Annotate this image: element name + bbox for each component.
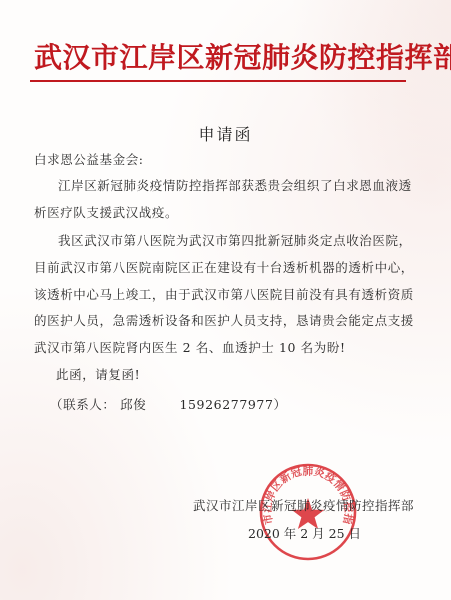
contact-name: 邱俊 <box>120 397 146 412</box>
paragraph-2-line-2: 目前武汉市第八医院南院区正在建设有十台透析机器的透析中心， <box>34 259 414 277</box>
paragraph-1-line-1: 江岸区新冠肺炎疫情防控指挥部获悉贵会组织了白求恩血液透 <box>58 177 412 195</box>
contact-line: （联系人： 邱俊 15926277977） <box>50 396 287 414</box>
contact-phone: 15926277977） <box>179 397 286 412</box>
paragraph-2-line-1: 我区武汉市第八医院为武汉市第四批新冠肺炎定点收治医院， <box>58 232 412 250</box>
signature-date: 2020 年 2 月 25 日 <box>248 525 361 543</box>
salutation: 白求恩公益基金会: <box>34 151 144 169</box>
paragraph-2-line-5: 武汉市第八医院肾内医生 2 名、血透护士 10 名为盼! <box>34 339 346 357</box>
contact-label: （联系人： <box>50 397 116 412</box>
letterhead-rule <box>30 80 406 82</box>
paragraph-2-line-4: 的医护人员，急需透析设备和医护人员支持，恳请贵会能定点支援 <box>34 312 414 330</box>
paragraph-1-line-2: 析医疗队支援武汉战疫。 <box>34 204 178 222</box>
paragraph-2-line-3: 该透析中心马上竣工，由于武汉市第八医院目前没有具有透析资质 <box>34 286 414 304</box>
signature-organization: 武汉市江岸区新冠肺炎疫情防控指挥部 <box>193 497 414 515</box>
closing-line: 此函，请复函! <box>56 366 140 384</box>
letterhead-title: 武汉市江岸区新冠肺炎防控指挥部 <box>34 40 406 76</box>
document-title: 申请函 <box>0 124 451 146</box>
